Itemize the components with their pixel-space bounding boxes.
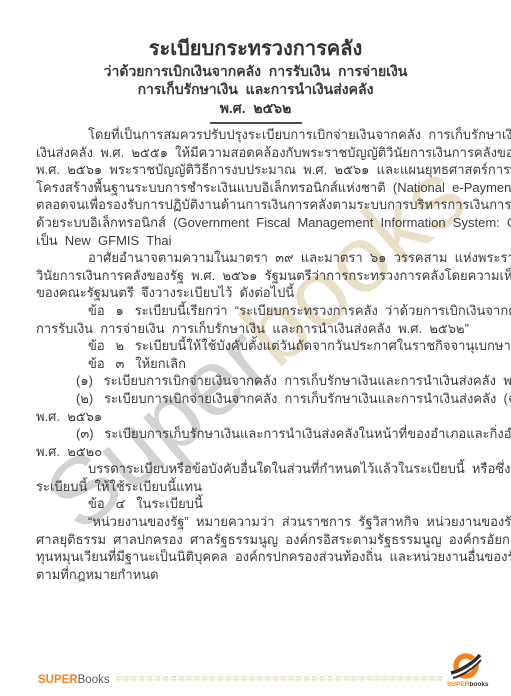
- logo-caption-books: books: [469, 681, 488, 688]
- document-line: ระเบียบนี้ ให้ใช้ระเบียบนี้แทน: [36, 478, 496, 496]
- document-line: วินัยการเงินการคลังของรัฐ พ.ศ. ๒๕๖๑ รัฐม…: [36, 267, 496, 285]
- document-line-subclause-3: (๓) ระเบียบการเก็บรักษาเงินและการนำเงินส…: [36, 425, 496, 443]
- document-subtitle-line-2: การเก็บรักษาเงิน และการนำเงินส่งคลัง: [0, 80, 511, 98]
- document-line: การรับเงิน การจ่ายเงิน การเก็บรักษาเงิน …: [36, 320, 496, 338]
- superbooks-logo-caption: SUPERbooks: [447, 681, 485, 688]
- superbooks-logo-icon: [450, 653, 482, 681]
- logo-caption-super: SUPER: [447, 681, 469, 688]
- document-header: ระเบียบกระทรวงการคลัง ว่าด้วยการเบิกเงิน…: [0, 36, 511, 124]
- document-page: Superbooks ระเบียบกระทรวงการคลัง ว่าด้วย…: [0, 0, 511, 696]
- document-line: เป็น New GFMIS Thai: [36, 232, 496, 250]
- superbooks-brand-left: SUPERBooks: [38, 674, 110, 687]
- document-line-clause-3: ข้อ ๓ ให้ยกเลิก: [36, 355, 496, 373]
- brand-left-books: Books: [78, 674, 110, 686]
- footer-separator-dashes: ========================================…: [116, 674, 443, 686]
- document-line-subclause-1: (๑) ระเบียบการเบิกจ่ายเงินจากคลัง การเก็…: [36, 372, 496, 390]
- document-line-clause-4: ข้อ ๔ ในระเบียบนี้: [36, 495, 496, 513]
- document-line: โดยที่เป็นการสมควรปรับปรุงระเบียบการเบิก…: [36, 126, 496, 144]
- superbooks-logo-block: SUPERbooks: [447, 653, 485, 688]
- document-line: เงินส่งคลัง พ.ศ. ๒๕๕๑ ให้มีความสอดคล้องก…: [36, 144, 496, 162]
- document-body: โดยที่เป็นการสมควรปรับปรุงระเบียบการเบิก…: [36, 126, 496, 583]
- document-line: “หน่วยงานของรัฐ” หมายความว่า ส่วนราชการ …: [36, 513, 496, 531]
- document-line: ตามที่กฎหมายกำหนด: [36, 566, 496, 584]
- document-line: ทุนหมุนเวียนที่มีฐานะเป็นนิติบุคคล องค์ก…: [36, 548, 496, 566]
- document-line: พ.ศ. ๒๕๒๐: [36, 443, 496, 461]
- document-line: พ.ศ. ๒๕๖๑ พระราชบัญญัติวิธีการงบประมาณ พ…: [36, 161, 496, 179]
- document-line-subclause-2: (๒) ระเบียบการเบิกจ่ายเงินจากคลัง การเก็…: [36, 390, 496, 408]
- title-divider: [210, 122, 302, 124]
- document-line-clause-2: ข้อ ๒ ระเบียบนี้ให้ใช้บังคับตั้งแต่วันถั…: [36, 337, 496, 355]
- page-footer: SUPERBooks =============================…: [38, 653, 485, 688]
- document-subtitle-line-1: ว่าด้วยการเบิกเงินจากคลัง การรับเงิน การ…: [0, 62, 511, 80]
- document-title: ระเบียบกระทรวงการคลัง: [0, 36, 511, 62]
- document-line: ศาลยุติธรรม ศาลปกครอง ศาลรัฐธรรมนูญ องค์…: [36, 531, 496, 549]
- document-line: บรรดาระเบียบหรือข้อบังคับอื่นใดในส่วนที่…: [36, 460, 496, 478]
- document-line: พ.ศ. ๒๕๖๑: [36, 408, 496, 426]
- document-line: โครงสร้างพื้นฐานระบบการชำระเงินแบบอิเล็ก…: [36, 179, 496, 197]
- document-line: ตลอดจนเพื่อรองรับการปฏิบัติงานด้านการเงิ…: [36, 196, 496, 214]
- document-year-line: พ.ศ. ๒๕๖๒: [0, 99, 511, 117]
- document-line: ของคณะรัฐมนตรี จึงวางระเบียบไว้ ดังต่อไป…: [36, 284, 496, 302]
- document-line-clause-1: ข้อ ๑ ระเบียบนี้เรียกว่า “ระเบียบกระทรวง…: [36, 302, 496, 320]
- document-line: อาศัยอำนาจตามความในมาตรา ๓๙ และมาตรา ๖๑ …: [36, 249, 496, 267]
- document-line: ด้วยระบบอิเล็กทรอนิกส์ (Government Fisca…: [36, 214, 496, 232]
- brand-left-super: SUPER: [38, 674, 78, 686]
